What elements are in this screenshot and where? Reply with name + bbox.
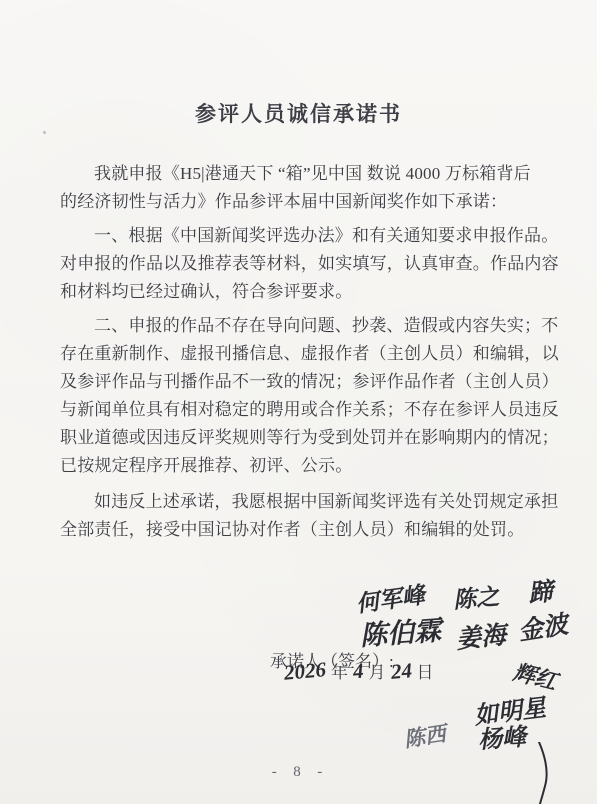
text-line: 我就申报《H5|港通天下 “箱”见中国 数说 4000 万标箱背后 — [60, 160, 540, 188]
page-number: - 8 - — [0, 764, 597, 781]
handwritten-signature: 姜海 — [454, 615, 508, 656]
text-line: 全部责任，接受中国记协对作者（主创人员）和编辑的处罚。 — [60, 516, 540, 544]
handwritten-signature: 蹄 — [526, 571, 555, 609]
text-line: 对申报的作品以及推荐表等材料，如实填写，认真审查。作品内容 — [60, 250, 540, 278]
text-line: 已按规定程序开展推荐、初评、公示。 — [60, 452, 540, 480]
paragraph-liability: 如违反上述承诺，我愿根据中国新闻奖评选有关处罚规定承担 全部责任，接受中国记协对… — [60, 488, 540, 544]
scan-speck — [43, 131, 46, 134]
text-line: 与新闻单位具有相对稳定的聘用或合作关系；不存在参评人员违反 — [60, 396, 540, 424]
text-line: 如违反上述承诺，我愿根据中国新闻奖评选有关处罚规定承担 — [60, 488, 540, 516]
handwritten-signature: 陈西 — [402, 718, 448, 754]
handwritten-signature-main-signer: 陈伯霖 — [359, 608, 443, 653]
text-line: 一、根据《中国新闻奖评选办法》和有关通知要求申报作品。 — [60, 222, 540, 250]
text-line: 及参评作品与刊播作品不一致的情况；参评作品作者（主创人员） — [60, 368, 540, 396]
date-month-unit: 月 — [369, 658, 386, 683]
body-text: 我就申报《H5|港通天下 “箱”见中国 数说 4000 万标箱背后 的经济韧性与… — [60, 160, 540, 544]
page-title: 参评人员诚信承诺书 — [0, 98, 597, 128]
scanned-document-page: 参评人员诚信承诺书 我就申报《H5|港通天下 “箱”见中国 数说 4000 万标… — [0, 0, 597, 804]
handwritten-signature: 陈之 — [452, 578, 501, 615]
date-line: 2026 年 4 月 24 日 — [284, 658, 439, 684]
date-day-handwritten: 24 — [389, 658, 412, 685]
date-year-unit: 年 — [331, 658, 348, 683]
text-line: 和材料均已经过确认，符合参评要求。 — [60, 278, 540, 306]
date-month-handwritten: 4 — [352, 659, 365, 685]
date-day-unit: 日 — [417, 658, 434, 683]
paragraph-clause-1: 一、根据《中国新闻奖评选办法》和有关通知要求申报作品。 对申报的作品以及推荐表等… — [60, 222, 540, 306]
date-year-handwritten: 2026 — [283, 657, 327, 686]
text-line: 存在重新制作、虚报刊播信息、虚报作者（主创人员）和编辑，以 — [60, 340, 540, 368]
handwritten-signature: 金波 — [515, 604, 570, 647]
text-line: 的经济韧性与活力》作品参评本届中国新闻奖作如下承诺： — [60, 188, 540, 216]
paragraph-intro: 我就申报《H5|港通天下 “箱”见中国 数说 4000 万标箱背后 的经济韧性与… — [60, 160, 540, 216]
text-line: 职业道德或因违反评奖规则等行为受到处罚并在影响期内的情况； — [60, 424, 540, 452]
text-line: 二、申报的作品不存在导向问题、抄袭、造假或内容失实；不 — [60, 312, 540, 340]
paragraph-clause-2: 二、申报的作品不存在导向问题、抄袭、造假或内容失实；不 存在重新制作、虚报刊播信… — [60, 312, 540, 480]
